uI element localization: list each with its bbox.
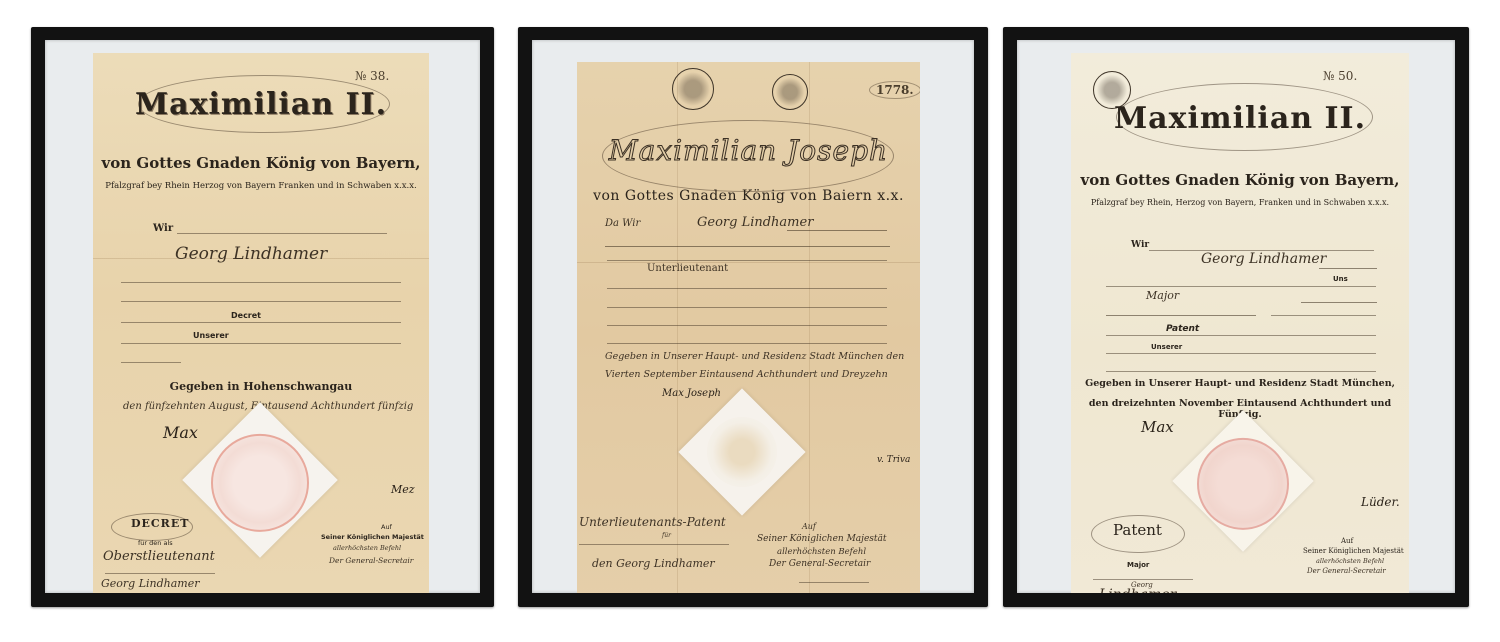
embossed-seal [191, 414, 330, 553]
royal-signature: Max [1141, 418, 1174, 436]
doc-type-label: DECRET [131, 517, 189, 530]
document-patent-1813: 1778. Maximilian Joseph von Gottes Gnade… [577, 62, 920, 593]
rank-recipient: den Georg Lindhamer [592, 557, 715, 570]
royal-signature: Max Joseph [662, 388, 721, 399]
countersign: Lüder. [1361, 495, 1400, 509]
handwriting [105, 573, 215, 574]
body-keyword: Patent [1166, 324, 1199, 334]
doc-type-label: Patent [1113, 521, 1162, 539]
document-title: Maximilian II. [1071, 101, 1409, 136]
salutation: Wir [1131, 240, 1149, 250]
handwriting [579, 544, 729, 545]
embossed-seal [693, 403, 792, 502]
frame-right: № 50. Maximilian II. von Gottes Gnaden K… [1003, 27, 1469, 607]
rule [605, 246, 890, 247]
recipient-name: Georg Lindhamer [1201, 251, 1326, 267]
document-title: Maximilian II. [93, 87, 429, 122]
rank-recipient: Georg Lindhamer [101, 577, 200, 590]
rule [1301, 302, 1377, 303]
royal-signature: Max [163, 423, 198, 442]
heading-line: von Gottes Gnaden König von Bayern, [93, 154, 429, 172]
rule [1106, 315, 1256, 316]
for-label: für den als [138, 539, 173, 547]
mat: № 50. Maximilian II. von Gottes Gnaden K… [1017, 40, 1455, 593]
majesty-label: Seiner Königlichen Majestät [757, 534, 887, 544]
body-keyword: Unserer [1151, 343, 1182, 351]
majesty-label: Seiner Königlichen Majestät [321, 533, 424, 541]
doc-type-label: Unterlieutenants-Patent [579, 515, 726, 529]
command-label: allerhöchsten Befehl [777, 547, 866, 557]
tax-stamp-right [772, 74, 808, 110]
recipient-name: Georg Lindhamer [175, 244, 327, 264]
handwriting [1106, 286, 1376, 287]
given-at: Gegeben in Unserer Haupt- und Residenz S… [605, 351, 904, 362]
rank-label: Major [1127, 561, 1149, 569]
handwriting [1271, 315, 1376, 316]
handwriting [121, 343, 401, 344]
fold-line [577, 262, 920, 263]
document-number: № 38. [355, 69, 389, 83]
rank: Oberstlieutenant [103, 549, 215, 564]
heading-line: von Gottes Gnaden König von Baiern x.x. [577, 188, 920, 204]
date-line: Vierten September Eintausend Achthundert… [605, 369, 888, 380]
tax-stamp-left [672, 68, 714, 110]
for-label: für [662, 532, 671, 539]
handwriting [121, 322, 401, 323]
auf-label: Auf [381, 523, 392, 531]
rule [1319, 268, 1377, 269]
handwriting [607, 288, 887, 289]
handwriting [121, 301, 401, 302]
handwriting [1106, 371, 1376, 372]
secretary-signature [799, 582, 869, 583]
countersign: v. Triva [877, 455, 910, 465]
paper-seal [182, 402, 338, 558]
frame-center: 1778. Maximilian Joseph von Gottes Gnade… [518, 27, 988, 607]
majesty-label: Seiner Königlichen Majestät [1303, 547, 1404, 555]
body-keyword: Unserer [193, 331, 229, 340]
document-title: Maximilian Joseph [577, 134, 920, 167]
heading-line: von Gottes Gnaden König von Bayern, [1071, 171, 1409, 189]
given-at: Gegeben in Unserer Haupt- und Residenz S… [1071, 378, 1409, 389]
rule [787, 230, 887, 231]
subheading-line: Pfalzgraf bey Rhein Herzog von Bayern Fr… [93, 181, 429, 191]
handwriting [607, 307, 887, 308]
handwriting [607, 325, 887, 326]
salutation: Da Wir [605, 218, 640, 229]
given-at: Gegeben in Hohenschwangau [93, 380, 429, 393]
paper-seal [678, 388, 805, 515]
handwriting [1093, 579, 1193, 580]
recipient-name: Georg Lindhamer [697, 215, 813, 230]
handwriting [177, 233, 387, 234]
handwriting [121, 282, 401, 283]
mat: № 38. Maximilian II. von Gottes Gnaden K… [45, 40, 480, 593]
rank: Unterlieutenant [647, 263, 728, 274]
handwriting [607, 260, 887, 261]
document-decret-1850: № 38. Maximilian II. von Gottes Gnaden K… [93, 53, 429, 593]
frame-left: № 38. Maximilian II. von Gottes Gnaden K… [31, 27, 494, 607]
salutation: Wir [153, 223, 173, 234]
auf-label: Auf [1341, 537, 1353, 545]
command-label: allerhöchsten Befehl [333, 544, 401, 552]
mat: 1778. Maximilian Joseph von Gottes Gnade… [532, 40, 974, 593]
document-number: 1778. [869, 81, 920, 99]
handwriting [607, 343, 887, 344]
auf-label: Auf [802, 522, 816, 531]
countersign: Mez [391, 483, 415, 496]
handwriting [1106, 335, 1376, 336]
handwriting [1106, 353, 1376, 354]
secretary-label: Der General-Secretair [769, 559, 870, 569]
handwriting [121, 362, 181, 363]
body-keyword: Decret [231, 311, 261, 320]
subheading-line: Pfalzgraf bey Rhein, Herzog von Bayern, … [1071, 198, 1409, 207]
command-label: allerhöchsten Befehl [1316, 557, 1384, 565]
document-patent-1850: № 50. Maximilian II. von Gottes Gnaden K… [1071, 53, 1409, 593]
body-keyword: Uns [1333, 275, 1348, 283]
secretary-label: Der General-Secretair [329, 556, 413, 565]
rank-recipient: Lindhamer [1099, 587, 1176, 593]
rank: Major [1146, 289, 1179, 302]
secretary-label: Der General-Secretair [1307, 567, 1386, 575]
paper-seal [1172, 410, 1313, 551]
document-number: № 50. [1323, 69, 1357, 83]
embossed-seal [1178, 419, 1308, 549]
